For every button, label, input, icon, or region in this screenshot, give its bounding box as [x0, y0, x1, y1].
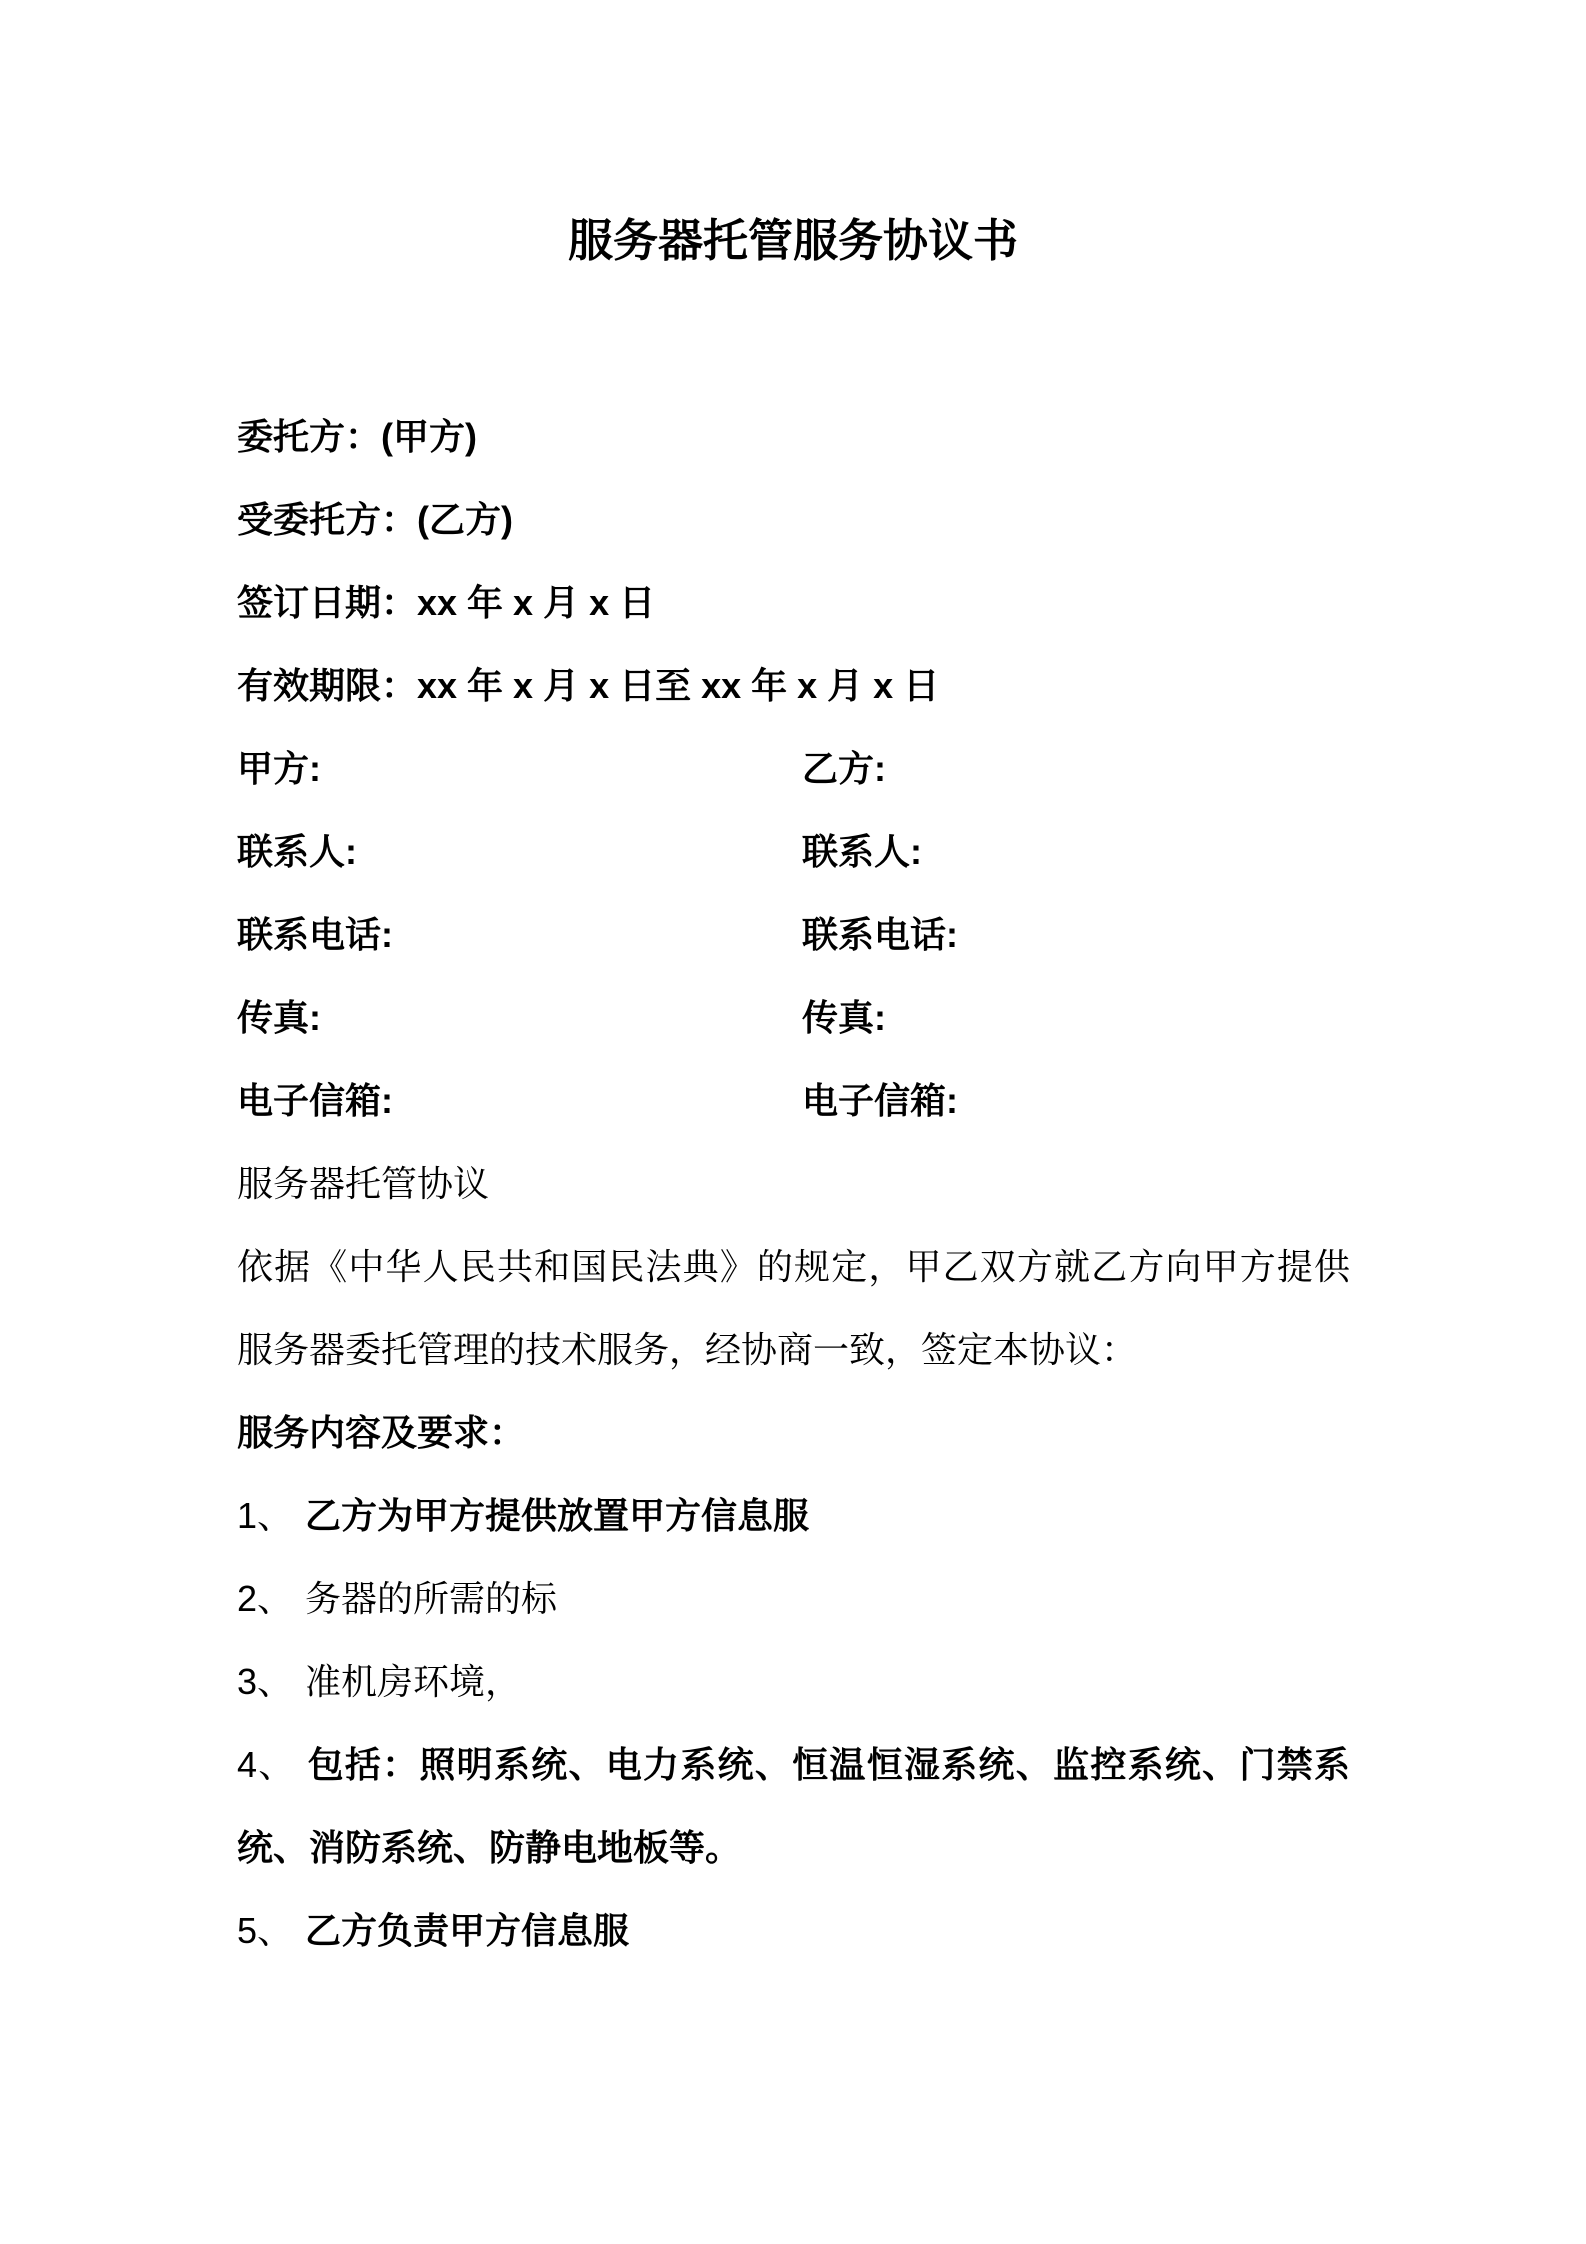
list-item-5-number: 5、	[237, 1910, 293, 1951]
list-item-4: 4、包括：照明系统、电力系统、恒温恒湿系统、监控系统、门禁系	[237, 1723, 1350, 1806]
contact-phone-b-label: 联系电话:	[802, 893, 958, 976]
section-heading-service-content: 服务内容及要求：	[237, 1391, 1350, 1474]
contact-phone-a-label: 联系电话:	[237, 893, 802, 976]
fax-a-label: 传真:	[237, 976, 802, 1059]
contact-row-email: 电子信箱: 电子信箱:	[237, 1059, 1350, 1142]
list-item-5-text: 乙方负责甲方信息服	[305, 1910, 629, 1951]
meta-line-consignor: 委托方：(甲方)	[237, 395, 1350, 478]
contact-row-party: 甲方: 乙方:	[237, 727, 1350, 810]
list-item-1-text: 乙方为甲方提供放置甲方信息服	[305, 1495, 809, 1536]
list-item-4-text: 包括：照明系统、电力系统、恒温恒湿系统、监控系统、门禁系	[308, 1744, 1350, 1785]
contact-row-fax: 传真: 传真:	[237, 976, 1350, 1059]
list-item-4-number: 4、	[237, 1744, 296, 1785]
contact-person-a-label: 联系人:	[237, 810, 802, 893]
list-item-1-number: 1、	[237, 1495, 293, 1536]
list-item-2-text: 务器的所需的标	[305, 1578, 557, 1619]
list-item-3: 3、准机房环境，	[237, 1640, 1350, 1723]
contact-row-phone: 联系电话: 联系电话:	[237, 893, 1350, 976]
contact-person-b-label: 联系人:	[802, 810, 922, 893]
meta-line-validity-period: 有效期限：xx 年 x 月 x 日至 xx 年 x 月 x 日	[237, 644, 1350, 727]
list-item-3-text: 准机房环境，	[305, 1661, 521, 1702]
list-item-3-number: 3、	[237, 1661, 293, 1702]
meta-line-sign-date: 签订日期：xx 年 x 月 x 日	[237, 561, 1350, 644]
fax-b-label: 传真:	[802, 976, 886, 1059]
list-item-2: 2、务器的所需的标	[237, 1557, 1350, 1640]
email-b-label: 电子信箱:	[802, 1059, 958, 1142]
paragraph-line-agreement-conclusion: 服务器委托管理的技术服务，经协商一致，签定本协议：	[237, 1308, 1350, 1391]
list-item-5: 5、乙方负责甲方信息服	[237, 1889, 1350, 1972]
document-title: 服务器托管服务协议书	[0, 0, 1586, 271]
meta-line-consignee: 受委托方：(乙方)	[237, 478, 1350, 561]
list-item-1: 1、乙方为甲方提供放置甲方信息服	[237, 1474, 1350, 1557]
list-item-2-number: 2、	[237, 1578, 293, 1619]
document-body: 委托方：(甲方) 受委托方：(乙方) 签订日期：xx 年 x 月 x 日 有效期…	[237, 395, 1350, 1972]
email-a-label: 电子信箱:	[237, 1059, 802, 1142]
list-item-4-continuation: 统、消防系统、防静电地板等。	[237, 1806, 1350, 1889]
party-b-label: 乙方:	[802, 727, 886, 810]
contact-row-person: 联系人: 联系人:	[237, 810, 1350, 893]
list-item-4-continuation-text: 统、消防系统、防静电地板等。	[237, 1827, 741, 1868]
party-a-label: 甲方:	[237, 727, 802, 810]
document-page: 服务器托管服务协议书 委托方：(甲方) 受委托方：(乙方) 签订日期：xx 年 …	[0, 0, 1586, 2244]
section-label-hosting-agreement: 服务器托管协议	[237, 1142, 1350, 1225]
paragraph-line-legal-basis: 依据《中华人民共和国民法典》的规定，甲乙双方就乙方向甲方提供	[237, 1225, 1350, 1308]
